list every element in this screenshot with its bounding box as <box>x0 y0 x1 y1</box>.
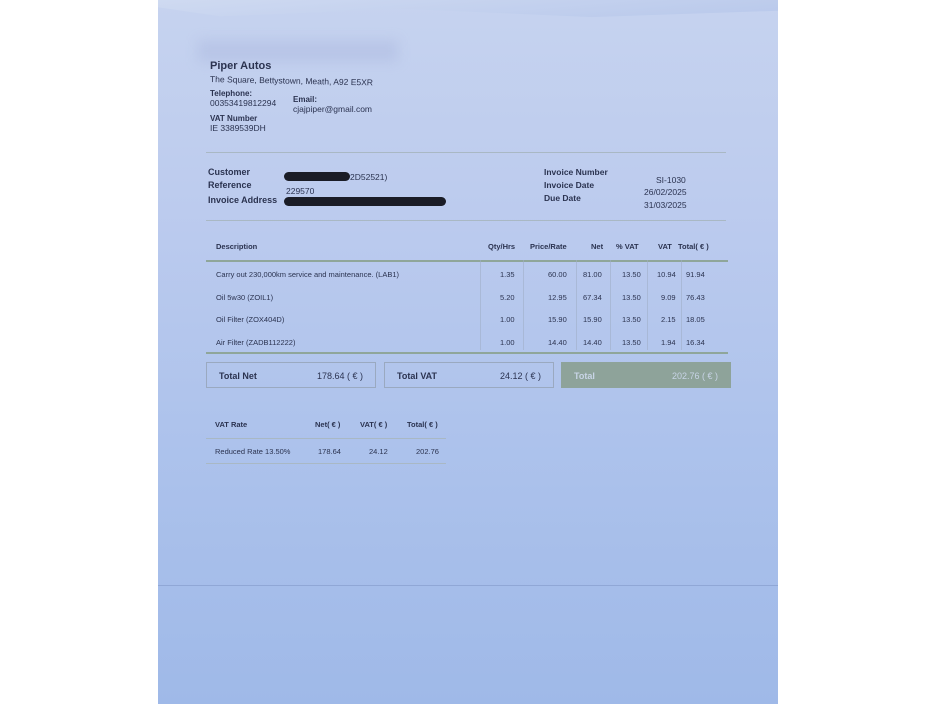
invoice-date-value: 26/02/2025 <box>644 187 687 197</box>
redaction-customer <box>284 172 350 181</box>
vat-summary-table: VAT Rate Net( € ) VAT( € ) Total( € ) Re… <box>206 412 446 464</box>
company-name: Piper Autos <box>210 60 271 72</box>
reference-label: Reference <box>208 180 252 190</box>
invoice-address-label: Invoice Address <box>208 195 277 205</box>
faint-watermark <box>198 40 398 62</box>
paper-fold <box>158 585 778 586</box>
col-description: Description <box>216 242 257 251</box>
vat-summary-header: VAT Rate Net( € ) VAT( € ) Total( € ) <box>206 412 446 439</box>
vat-number-value: IE 3389539DH <box>210 123 266 133</box>
invoice-number-value: SI-1030 <box>656 175 686 185</box>
company-address: The Square, Bettystown, Meath, A92 E5XR <box>210 74 373 87</box>
grand-total-value: 202.76 ( € ) <box>672 371 718 381</box>
col-total: Total( € ) <box>678 242 709 251</box>
table-header: Description Qty/Hrs Price/Rate Net % VAT… <box>206 232 728 262</box>
col-net: Net <box>591 242 603 251</box>
table-row: Oil 5w30 (ZOIL1) 5.20 12.95 67.34 13.50 … <box>206 285 728 308</box>
invoice-number-label: Invoice Number <box>544 167 608 177</box>
invoice-paper: Piper Autos The Square, Bettystown, Meat… <box>158 0 778 704</box>
total-vat-value: 24.12 ( € ) <box>500 371 541 381</box>
col-price: Price/Rate <box>530 242 567 251</box>
email-value: cjajpiper@gmail.com <box>293 104 372 114</box>
col-vat: VAT <box>658 242 672 251</box>
total-net-label: Total Net <box>219 371 257 381</box>
col-qty: Qty/Hrs <box>488 242 515 251</box>
email-label: Email: <box>293 95 317 104</box>
redaction-address <box>284 197 446 206</box>
table-row: Air Filter (ZADB112222) 1.00 14.40 14.40… <box>206 330 728 353</box>
total-vat-box: Total VAT 24.12 ( € ) <box>384 362 554 388</box>
invoice-date-label: Invoice Date <box>544 180 594 190</box>
total-net-value: 178.64 ( € ) <box>317 371 363 381</box>
telephone-label: Telephone: <box>210 89 252 98</box>
line-items-table: Description Qty/Hrs Price/Rate Net % VAT… <box>206 232 728 354</box>
customer-value: 2D52521) <box>350 172 387 182</box>
total-net-box: Total Net 178.64 ( € ) <box>206 362 376 388</box>
vat-summary-row: Reduced Rate 13.50% 178.64 24.12 202.76 <box>206 439 446 464</box>
vat-number-label: VAT Number <box>210 114 257 123</box>
due-date-value: 31/03/2025 <box>644 200 687 210</box>
reference-value: 229570 <box>286 186 314 196</box>
table-row: Carry out 230,000km service and maintena… <box>206 262 728 285</box>
grand-total-label: Total <box>574 371 595 381</box>
total-vat-label: Total VAT <box>397 371 437 381</box>
table-row: Oil Filter (ZOX404D) 1.00 15.90 15.90 13… <box>206 307 728 330</box>
due-date-label: Due Date <box>544 193 581 203</box>
grand-total-box: Total 202.76 ( € ) <box>561 362 731 388</box>
divider <box>206 220 726 221</box>
divider <box>206 152 726 153</box>
customer-label: Customer <box>208 167 250 177</box>
telephone-value: 00353419812294 <box>210 98 276 108</box>
col-vat-pct: % VAT <box>616 242 639 251</box>
